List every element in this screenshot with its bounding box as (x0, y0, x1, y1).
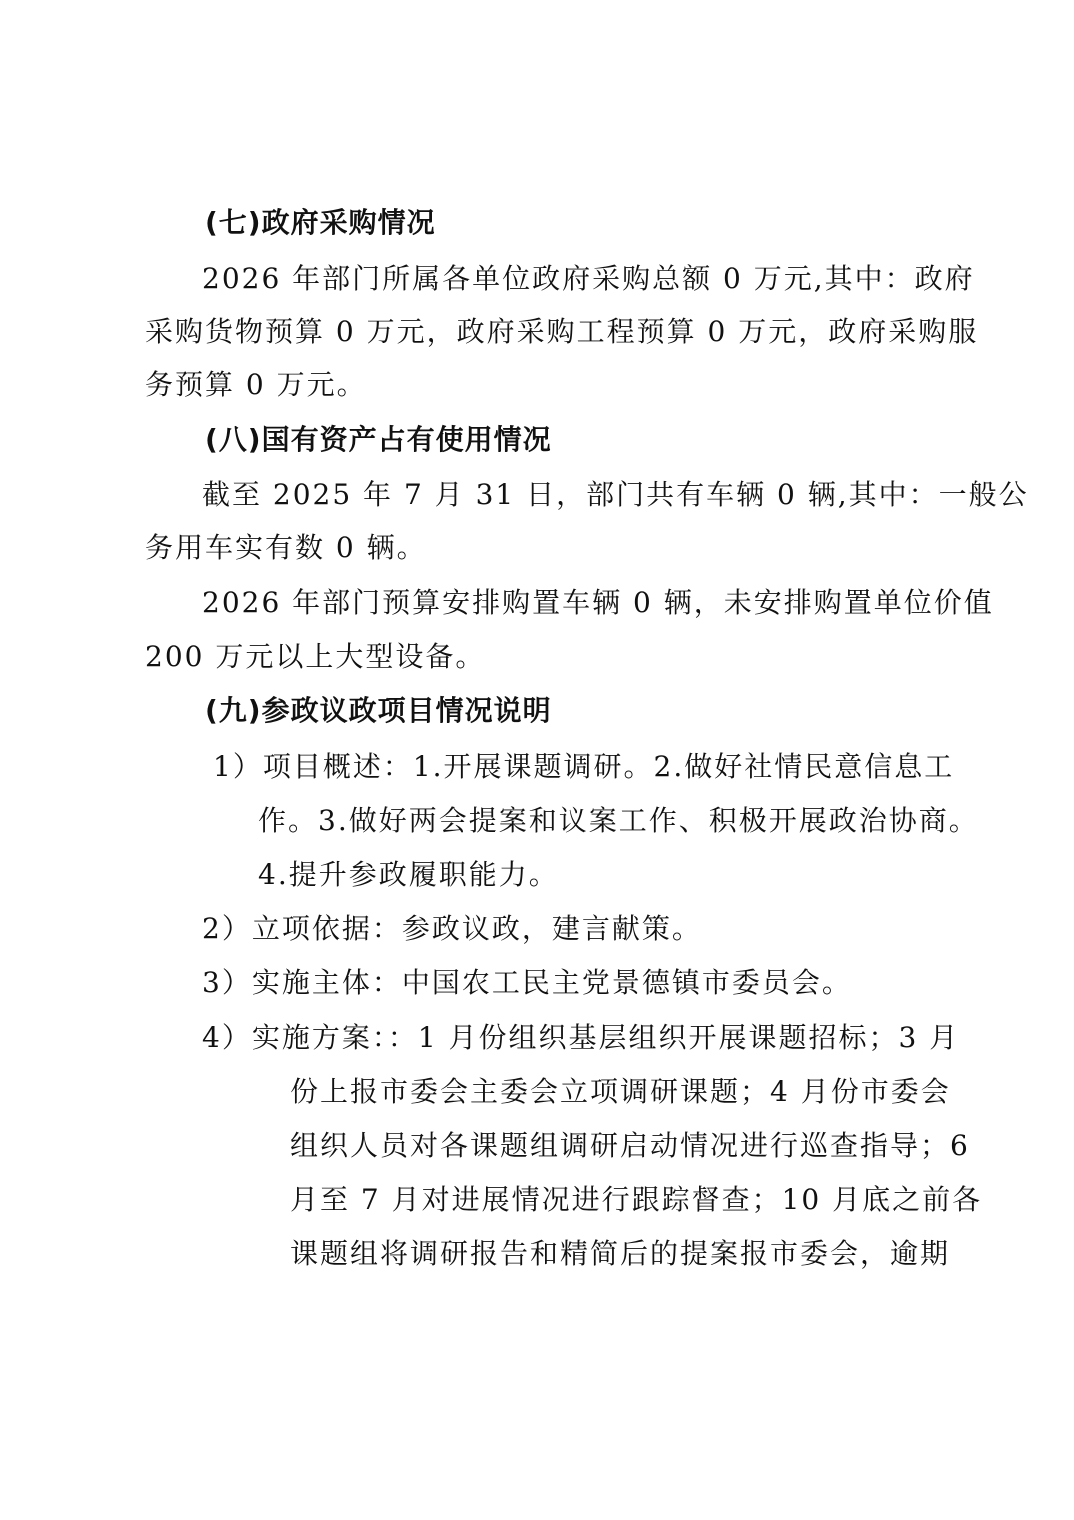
list-item-continuation: 作。3.做好两会提案和议案工作、积极开展政治协商。 (258, 803, 979, 839)
list-item-basis: 2）立项依据：参政议政，建言献策。 (202, 911, 702, 947)
section-heading-procurement: (七)政府采购情况 (205, 205, 436, 241)
list-item-overview: 1）项目概述：1.开展课题调研。2.做好社情民意信息工 (213, 749, 954, 785)
paragraph-line: 200 万元以上大型设备。 (145, 639, 485, 675)
list-item-continuation: 4.提升参政履职能力。 (258, 857, 559, 893)
list-item-plan: 4）实施方案：：1 月份组织基层组织开展课题招标；3 月 (202, 1020, 959, 1056)
list-item-continuation: 月至 7 月对进展情况进行跟踪督查；10 月底之前各 (290, 1182, 982, 1218)
paragraph-line: 截至 2025 年 7 月 31 日，部门共有车辆 0 辆,其中：一般公 (202, 477, 1029, 513)
section-heading-project: (九)参政议政项目情况说明 (205, 693, 552, 729)
list-item-continuation: 份上报市委会主委会立项调研课题；4 月份市委会 (290, 1074, 951, 1110)
paragraph-line: 务用车实有数 0 辆。 (145, 530, 427, 566)
list-item-continuation: 课题组将调研报告和精简后的提案报市委会，逾期 (290, 1236, 950, 1272)
list-item-continuation: 组织人员对各课题组调研启动情况进行巡查指导；6 (290, 1128, 970, 1164)
paragraph-line: 采购货物预算 0 万元，政府采购工程预算 0 万元，政府采购服 (145, 314, 978, 350)
paragraph-line: 务预算 0 万元。 (145, 367, 367, 403)
list-item-entity: 3）实施主体：中国农工民主党景德镇市委员会。 (202, 965, 852, 1001)
section-heading-assets: (八)国有资产占有使用情况 (205, 422, 552, 458)
paragraph-line: 2026 年部门所属各单位政府采购总额 0 万元,其中：政府 (202, 261, 975, 297)
paragraph-line: 2026 年部门预算安排购置车辆 0 辆，未安排购置单位价值 (202, 585, 994, 621)
